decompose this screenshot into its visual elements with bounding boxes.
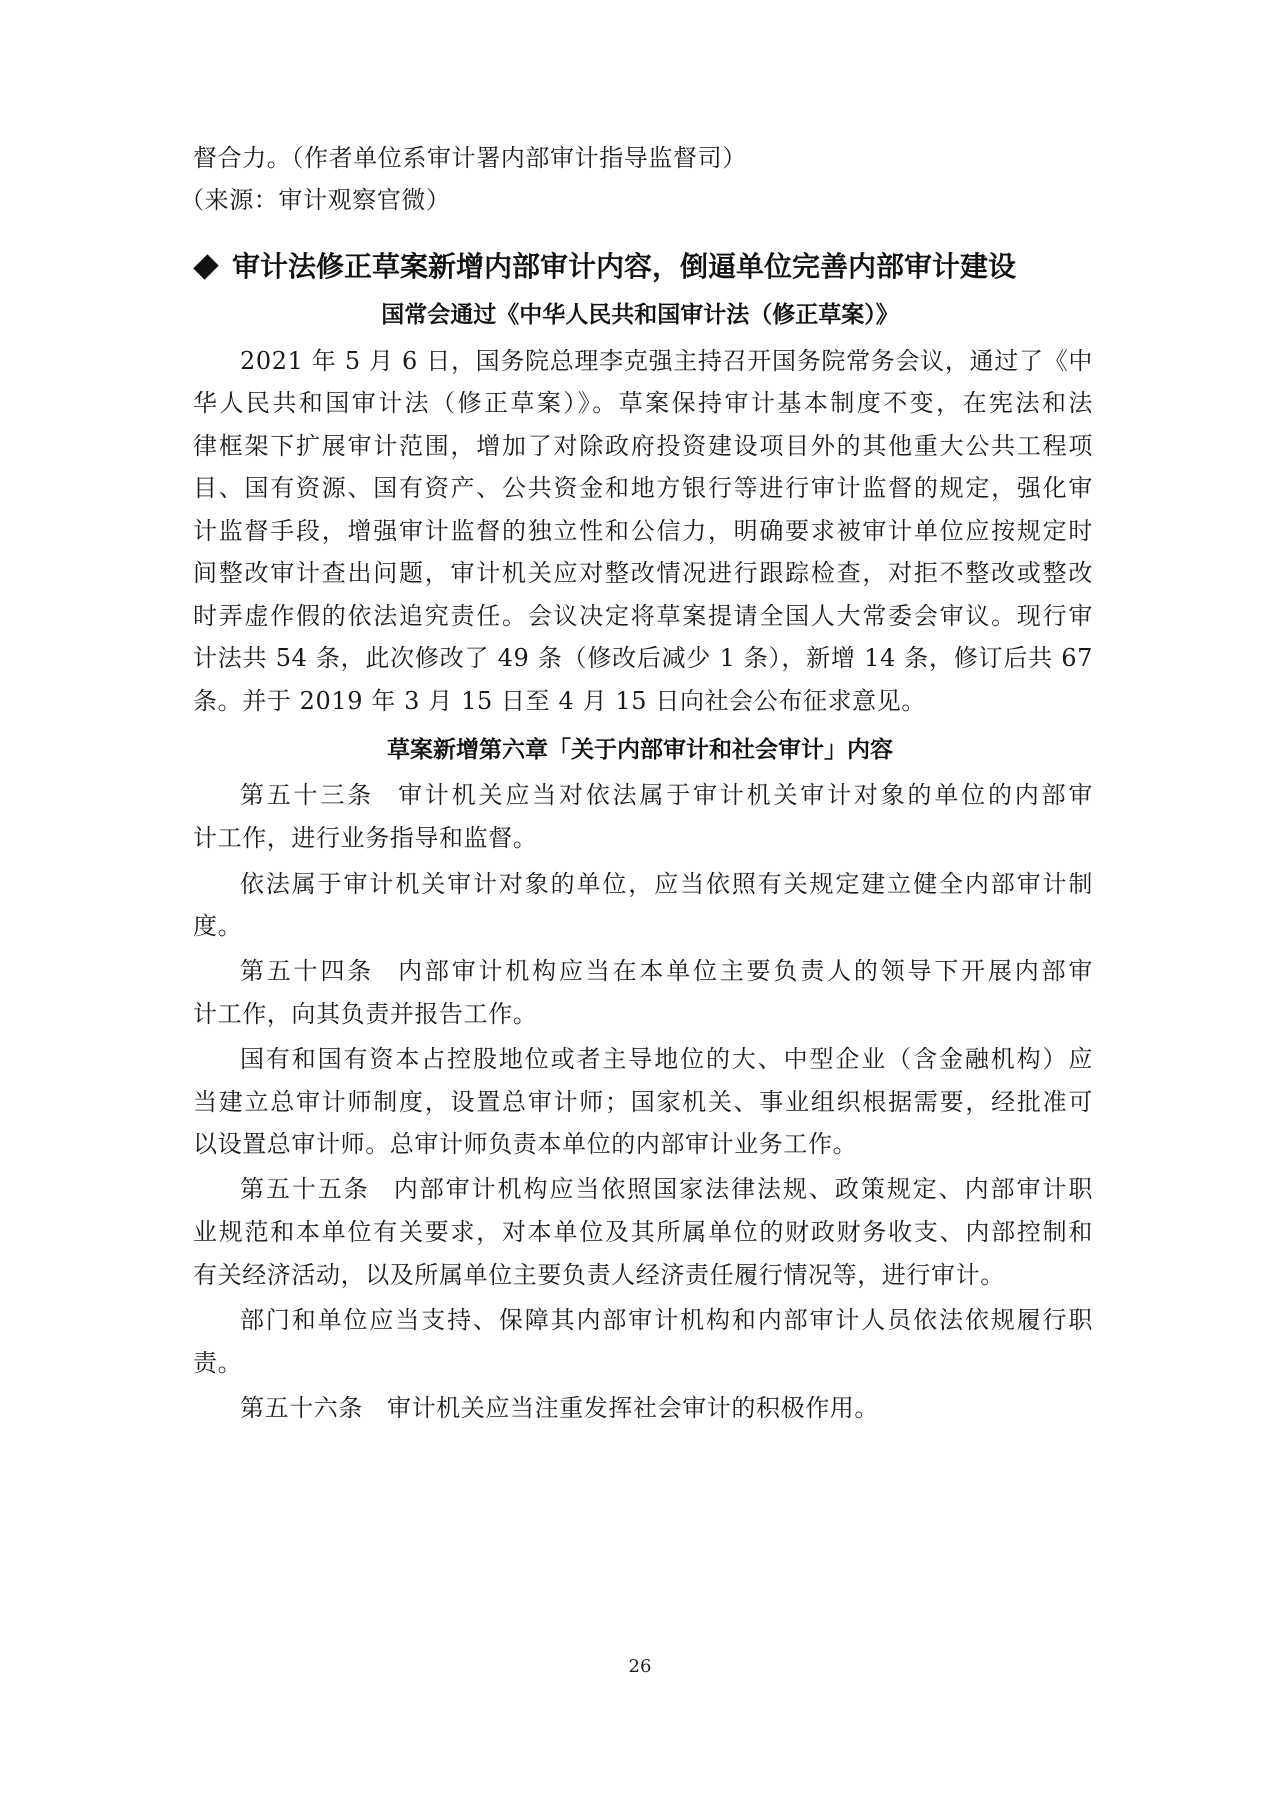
article-54-label: 第五十四条 <box>240 957 374 985</box>
section-heading-text: 审计法修正草案新增内部审计内容，倒逼单位完善内部审计建设 <box>232 250 1016 284</box>
article-54-paragraph-line: 以设置总审计师。总审计师负责本单位的内部审计业务工作。 <box>193 1129 1093 1159</box>
paragraph-1-line: 计法共 54 条，此次修改了 49 条（修改后减少 1 条），新增 14 条，修… <box>193 643 1093 673</box>
article-56-line: 第五十六条审计机关应当注重发挥社会审计的积极作用。 <box>240 1393 1140 1423</box>
article-56-text: 审计机关应当注重发挥社会审计的积极作用。 <box>387 1394 879 1422</box>
article-53-label: 第五十三条 <box>240 781 374 809</box>
article-56-label: 第五十六条 <box>240 1394 363 1422</box>
paragraph-1-line: 条。并于 2019 年 3 月 15 日至 4 月 15 日向社会公布征求意见。 <box>193 686 1093 716</box>
page-number: 26 <box>0 1656 1280 1678</box>
paragraph-1-line: 计监督手段，增强审计监督的独立性和公信力，明确要求被审计单位应按规定时 <box>193 516 1093 546</box>
article-54-paragraph-line: 当建立总审计师制度，设置总审计师；国家机关、事业组织根据需要，经批准可 <box>193 1087 1093 1117</box>
article-54-text: 内部审计机构应当在本单位主要负责人的领导下开展内部审 <box>398 957 1093 985</box>
article-55-paragraph-line: 部门和单位应当支持、保障其内部审计机构和内部审计人员依法依规履行职 <box>240 1305 1093 1335</box>
subheading-state-council: 国常会通过《中华人民共和国审计法（修正草案）》 <box>0 300 1280 330</box>
article-55-text: 内部审计机构应当依照国家法律法规、政策规定、内部审计职 <box>394 1175 1093 1203</box>
article-54-line: 第五十四条内部审计机构应当在本单位主要负责人的领导下开展内部审 <box>240 956 1093 986</box>
paragraph-1-line: 时弄虚作假的依法追究责任。会议决定将草案提请全国人大常委会审议。现行审 <box>193 601 1093 631</box>
article-53-paragraph-line: 依法属于审计机关审计对象的单位，应当依照有关规定建立健全内部审计制 <box>240 869 1093 899</box>
document-page: 督合力。（作者单位系审计署内部审计指导监督司） （来源：审计观察官微） 审计法修… <box>0 0 1280 1810</box>
article-53-line: 第五十三条审计机关应当对依法属于审计机关审计对象的单位的内部审 <box>240 780 1093 810</box>
article-53-text: 审计机关应当对依法属于审计机关审计对象的单位的内部审 <box>398 781 1093 809</box>
article-55-line: 有关经济活动，以及所属单位主要负责人经济责任履行情况等，进行审计。 <box>193 1260 1093 1290</box>
diamond-bullet-icon <box>193 254 218 279</box>
intro-line-author-unit: 督合力。（作者单位系审计署内部审计指导监督司） <box>193 143 1093 173</box>
paragraph-1-line: 2021 年 5 月 6 日，国务院总理李克强主持召开国务院常务会议，通过了《中 <box>240 346 1093 376</box>
section-heading: 审计法修正草案新增内部审计内容，倒逼单位完善内部审计建设 <box>190 250 1100 284</box>
subheading-chapter-six: 草案新增第六章「关于内部审计和社会审计」内容 <box>0 735 1280 765</box>
paragraph-1-line: 目、国有资源、国有资产、公共资金和地方银行等进行审计监督的规定，强化审 <box>193 473 1093 503</box>
article-55-line: 第五十五条内部审计机构应当依照国家法律法规、政策规定、内部审计职 <box>240 1174 1093 1204</box>
article-55-label: 第五十五条 <box>240 1175 370 1203</box>
article-54-line: 计工作，向其负责并报告工作。 <box>193 999 1093 1029</box>
article-55-paragraph-line: 责。 <box>193 1348 1093 1378</box>
article-54-paragraph-line: 国有和国有资本占控股地位或者主导地位的大、中型企业（含金融机构）应 <box>240 1044 1093 1074</box>
article-55-line: 业规范和本单位有关要求，对本单位及其所属单位的财政财务收支、内部控制和 <box>193 1217 1093 1247</box>
article-53-line: 计工作，进行业务指导和监督。 <box>193 823 1093 853</box>
intro-line-source: （来源：审计观察官微） <box>180 185 1080 215</box>
article-53-paragraph-line: 度。 <box>193 911 1093 941</box>
paragraph-1-line: 华人民共和国审计法（修正草案）》。草案保持审计基本制度不变，在宪法和法 <box>193 388 1093 418</box>
paragraph-1-line: 间整改审计查出问题，审计机关应对整改情况进行跟踪检查，对拒不整改或整改 <box>193 558 1093 588</box>
paragraph-1-line: 律框架下扩展审计范围，增加了对除政府投资建设项目外的其他重大公共工程项 <box>193 431 1093 461</box>
